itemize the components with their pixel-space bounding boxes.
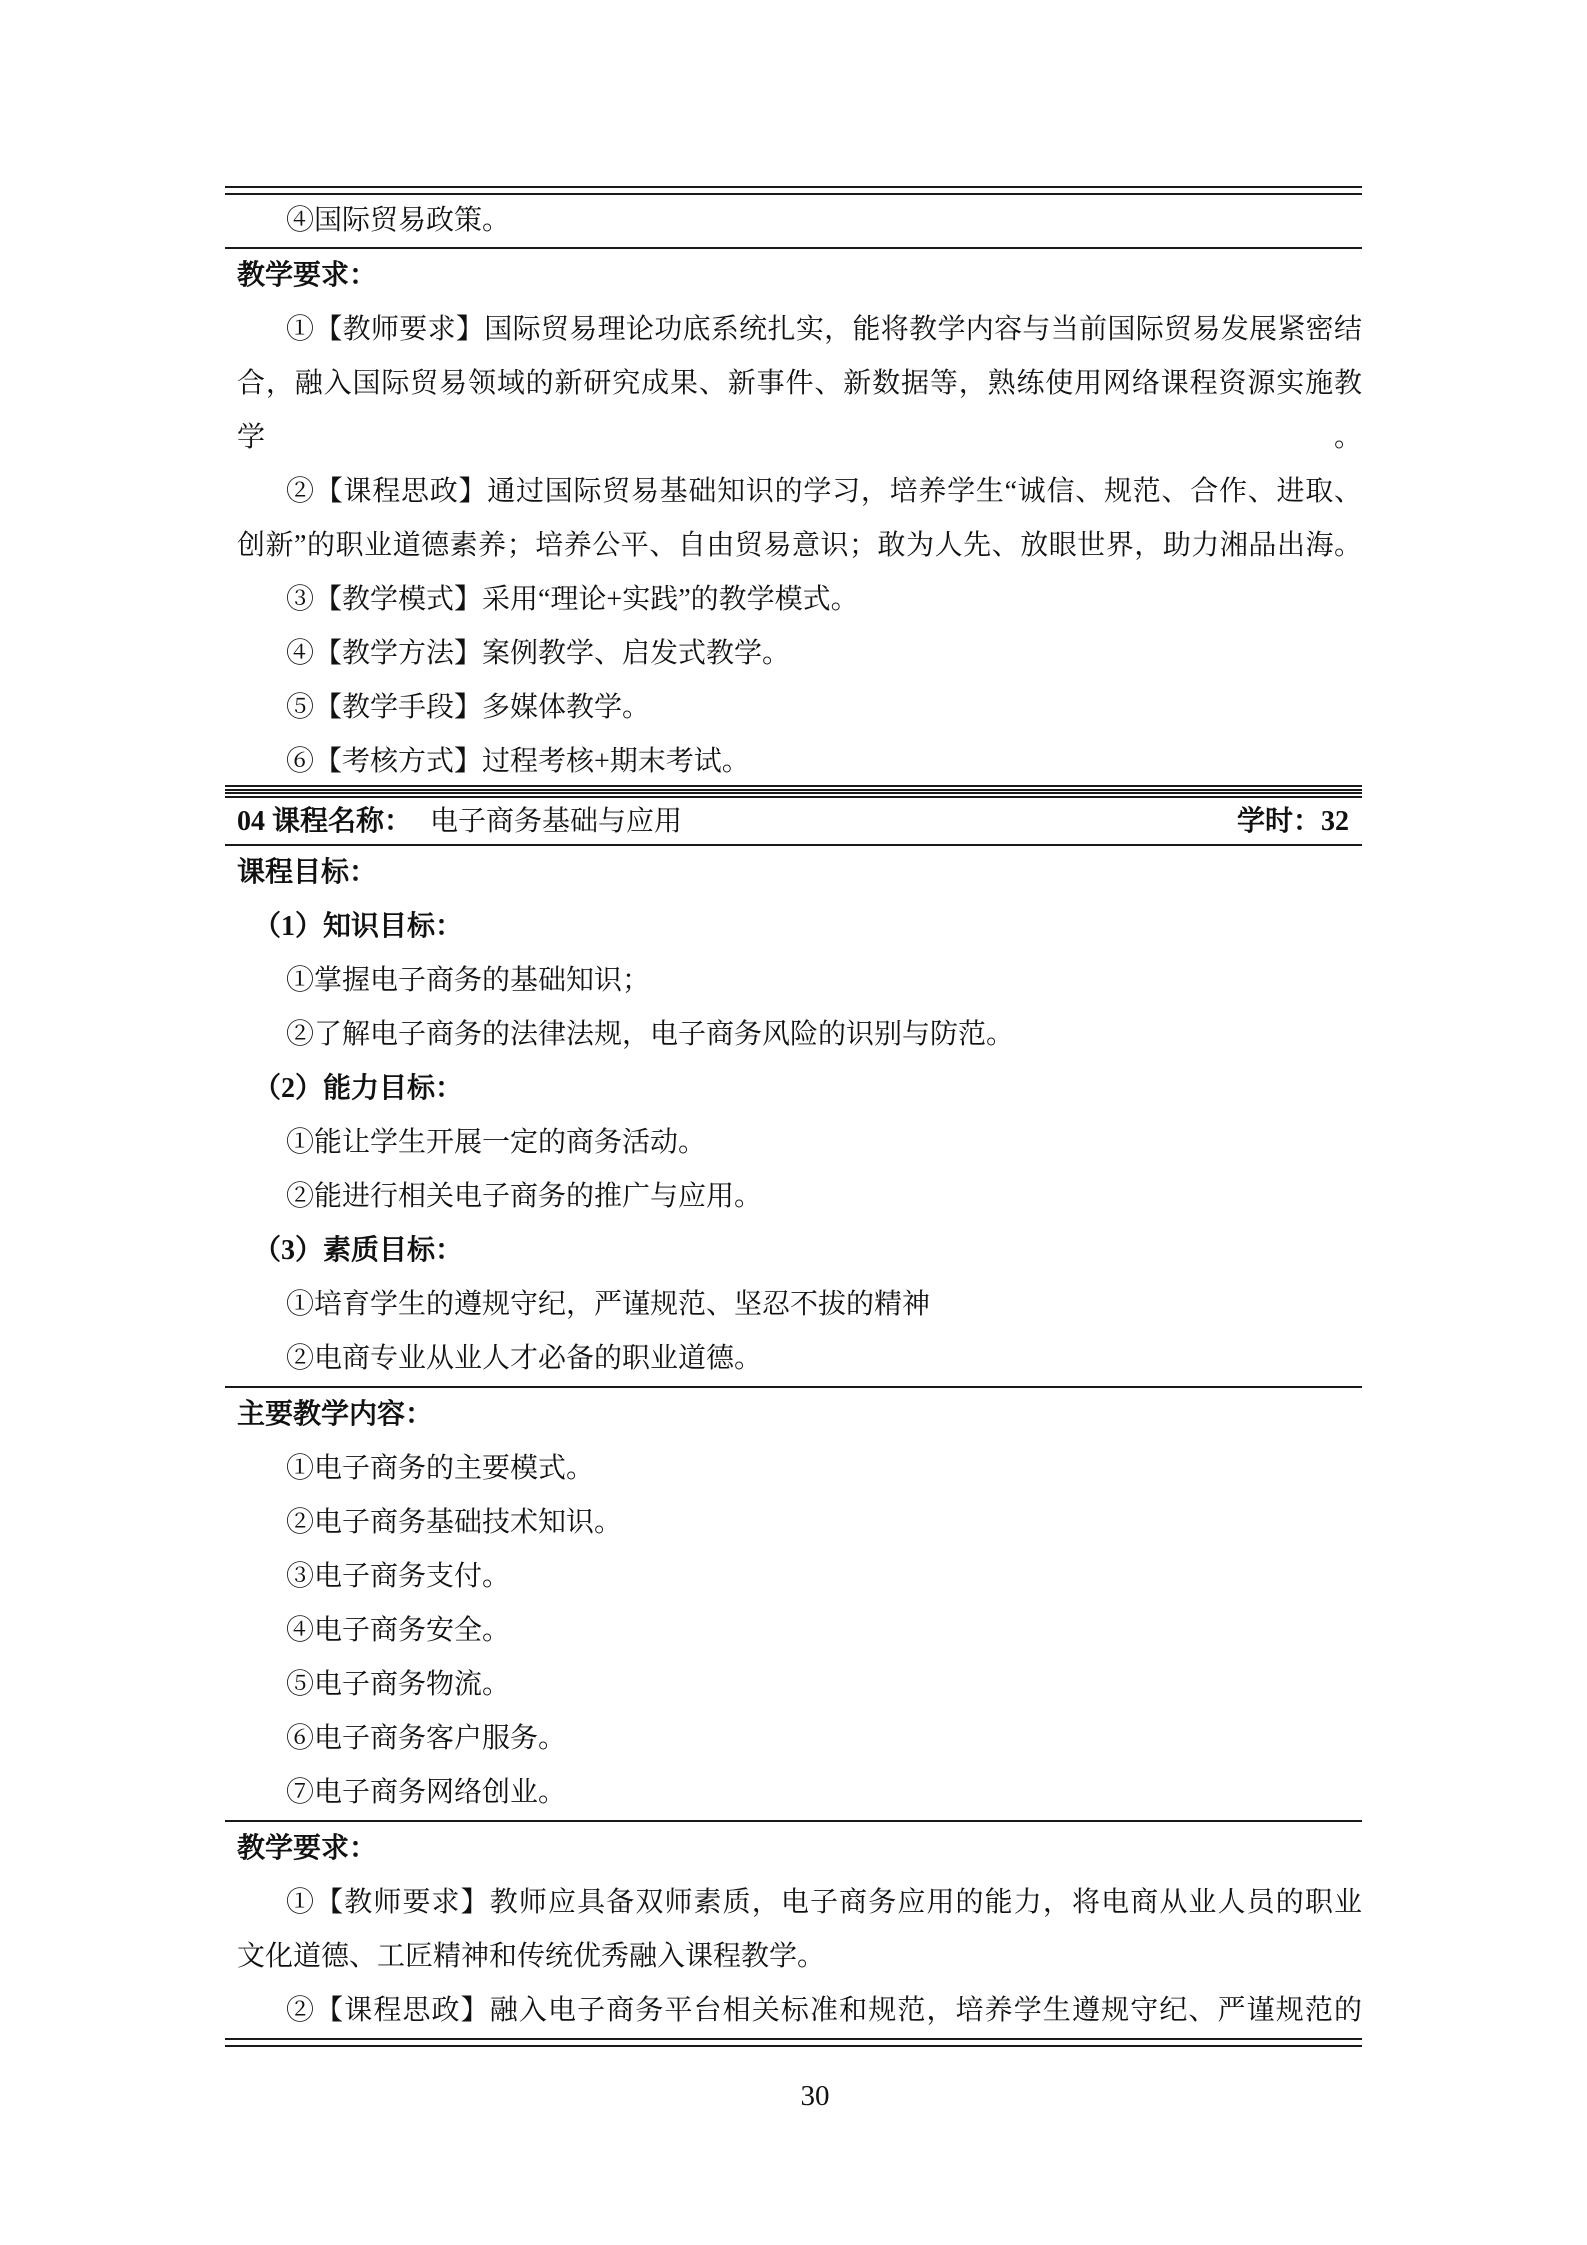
course-objectives-label: 课程目标： (237, 846, 1362, 900)
ability-objectives-label: （2）能力目标： (237, 1062, 1362, 1116)
teaching-requirements-row: 教学要求： ①【教师要求】教师应具备双师素质，电子商务应用的能力，将电商从业人员… (225, 1822, 1362, 2038)
objective-item: ①培育学生的遵规守纪，严谨规范、坚忍不拔的精神 (237, 1278, 1362, 1332)
course-number-label: 04 课程名称： (237, 799, 412, 839)
objective-item: ②电商专业从业人才必备的职业道德。 (237, 1332, 1362, 1386)
table-border-double-top (225, 186, 1362, 195)
content-item: ⑤电子商务物流。 (237, 1658, 1362, 1712)
requirement-line: ②【课程思政】融入电子商务平台相关标准和规范，培养学生遵规守纪、严谨规范的 (237, 1984, 1362, 2038)
page-number: 30 (0, 2076, 1587, 2116)
content-item: ④电子商务安全。 (237, 1604, 1362, 1658)
objective-item: ②了解电子商务的法律法规，电子商务风险的识别与防范。 (237, 1008, 1362, 1062)
requirement-line: 合，融入国际贸易领域的新研究成果、新事件、新数据等，熟练使用网络课程资源实施教学… (237, 357, 1362, 465)
requirement-line: 创新”的职业道德素养；培养公平、自由贸易意识；敢为人先、放眼世界，助力湘品出海。 (237, 519, 1362, 573)
table-border-double-bottom (225, 2038, 1362, 2047)
requirement-line: ⑤【教学手段】多媒体教学。 (237, 681, 1362, 735)
content-row: ④国际贸易政策。 (225, 195, 1362, 247)
content-item: ②电子商务基础技术知识。 (237, 1496, 1362, 1550)
content-item: ③电子商务支付。 (237, 1550, 1362, 1604)
content-item: ④国际贸易政策。 (237, 195, 1362, 247)
teaching-requirements-label: 教学要求： (237, 1822, 1362, 1876)
objective-item: ①掌握电子商务的基础知识； (237, 954, 1362, 1008)
requirement-line: ①【教师要求】教师应具备双师素质，电子商务应用的能力，将电商从业人员的职业 (237, 1876, 1362, 1930)
course-hours: 学时：32 (1237, 799, 1349, 839)
course-header-row: 04 课程名称： 电子商务基础与应用 学时：32 (225, 794, 1362, 844)
content-item: ⑦电子商务网络创业。 (237, 1766, 1362, 1820)
requirement-line: ③【教学模式】采用“理论+实践”的教学模式。 (237, 573, 1362, 627)
main-teaching-content-row: 主要教学内容： ①电子商务的主要模式。 ②电子商务基础技术知识。 ③电子商务支付… (225, 1388, 1362, 1820)
course-objectives-row: 课程目标： （1）知识目标： ①掌握电子商务的基础知识； ②了解电子商务的法律法… (225, 846, 1362, 1386)
previous-course-table-continued: ④国际贸易政策。 教学要求： ①【教师要求】国际贸易理论功底系统扎实，能将教学内… (225, 186, 1362, 798)
document-page: ④国际贸易政策。 教学要求： ①【教师要求】国际贸易理论功底系统扎实，能将教学内… (0, 0, 1587, 2245)
objective-item: ②能进行相关电子商务的推广与应用。 (237, 1170, 1362, 1224)
teaching-requirements-label: 教学要求： (237, 249, 1362, 303)
requirement-line: ④【教学方法】案例教学、启发式教学。 (237, 627, 1362, 681)
table-border-double-top (225, 785, 1362, 794)
main-teaching-content-label: 主要教学内容： (237, 1388, 1362, 1442)
requirement-line: ①【教师要求】国际贸易理论功底系统扎实，能将教学内容与当前国际贸易发展紧密结 (237, 303, 1362, 357)
content-item: ⑥电子商务客户服务。 (237, 1712, 1362, 1766)
course-04-table: 04 课程名称： 电子商务基础与应用 学时：32 课程目标： （1）知识目标： … (225, 785, 1362, 2047)
requirement-line: 文化道德、工匠精神和传统优秀融入课程教学。 (237, 1930, 1362, 1984)
course-name: 电子商务基础与应用 (430, 799, 682, 839)
requirement-line: ②【课程思政】通过国际贸易基础知识的学习，培养学生“诚信、规范、合作、进取、 (237, 465, 1362, 519)
requirement-line: ⑥【考核方式】过程考核+期末考试。 (237, 735, 1362, 789)
knowledge-objectives-label: （1）知识目标： (237, 900, 1362, 954)
teaching-requirements-row: 教学要求： ①【教师要求】国际贸易理论功底系统扎实，能将教学内容与当前国际贸易发… (225, 249, 1362, 789)
content-item: ①电子商务的主要模式。 (237, 1442, 1362, 1496)
quality-objectives-label: （3）素质目标： (237, 1224, 1362, 1278)
objective-item: ①能让学生开展一定的商务活动。 (237, 1116, 1362, 1170)
